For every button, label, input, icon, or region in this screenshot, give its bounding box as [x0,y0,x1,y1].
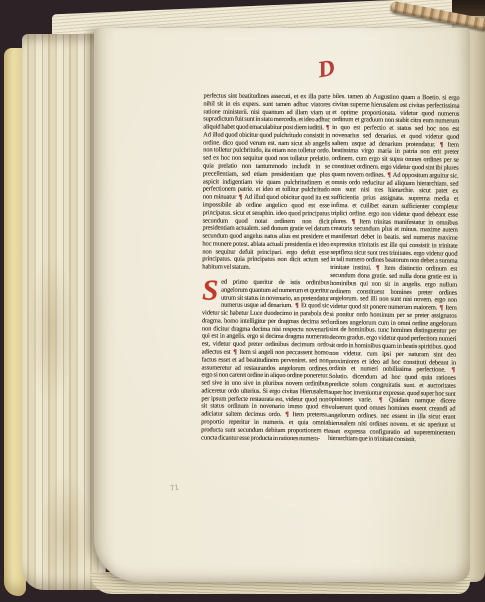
pilcrow-mark: ¶ [439,141,444,148]
text-column-right: biles. tamen ab Augustino quam a Boetio.… [328,93,460,445]
text-block: perfectus sint beatitudines assecuti, et… [92,27,472,584]
pilcrow-mark: ¶ [351,218,356,225]
photograph-of-incunable-book: { "page": { "signature_mark": "D", "penc… [0,0,485,602]
open-book-page: D 71 perfectus sint beatitudines assecut… [94,28,470,582]
edge-stain [40,474,92,594]
rubricated-initial: S [202,279,218,302]
pilcrow-mark: ¶ [232,349,237,356]
pilcrow-mark: ¶ [284,411,289,418]
text-paragraph: perfectus sint beatitudines assecuti, et… [202,92,330,272]
pilcrow-mark: ¶ [375,265,380,272]
edge-stain [28,254,74,404]
pilcrow-mark: ¶ [386,171,391,178]
text-paragraph: biles. tamen ab Augustino quam a Boetio.… [328,93,460,445]
pilcrow-mark: ¶ [378,397,383,404]
pilcrow-mark: ¶ [325,124,330,131]
pilcrow-mark: ¶ [294,302,299,309]
pilcrow-mark: ¶ [450,367,455,374]
pilcrow-mark: ¶ [238,194,243,201]
text-column-left: perfectus sint beatitudines assecuti, et… [201,92,330,442]
pilcrow-mark: ¶ [438,304,443,311]
text-paragraph: Sed primo queritur de istis ordinibus an… [201,278,329,442]
